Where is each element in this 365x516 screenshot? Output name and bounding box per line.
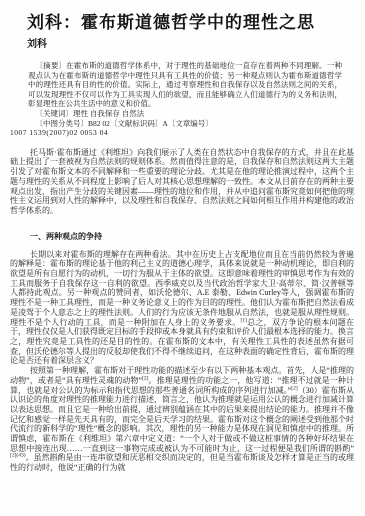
article-number: 1007 1539(2007)02 0053 04 bbox=[10, 128, 342, 138]
author-name: 刘科 bbox=[27, 39, 354, 50]
keywords-label: 〔关键词〕 bbox=[36, 109, 74, 118]
article-page: 刘科：霍布斯道德哲学中的理性之思 刘科 〔摘要〕在霍布斯的道德哲学体系中，对于理… bbox=[0, 0, 365, 516]
keywords-line: 〔关键词〕理性 自我保存 自然法 bbox=[28, 109, 342, 119]
citation-ref: [2] bbox=[142, 375, 148, 381]
abstract-label: 〔摘要〕 bbox=[36, 61, 67, 70]
keywords-text: 理性 自我保存 自然法 bbox=[73, 109, 144, 118]
body-paragraph: 长期以来对霍布斯的理解存在两种看法。其中在历史上占支配地位而且在当前仍然较为普遍… bbox=[10, 250, 354, 366]
abstract-text: 在霍布斯的道德哲学体系中，对于理性的基础地位一直存在着两种不同理解。一种观点认为… bbox=[28, 61, 342, 108]
section-heading: 一、两种观点的争持 bbox=[10, 232, 354, 242]
page-title: 刘科：霍布斯道德哲学中的理性之思 bbox=[27, 13, 354, 33]
abstract: 〔摘要〕在霍布斯的道德哲学体系中，对于理性的基础地位一直存在着两种不同理解。一种… bbox=[28, 61, 342, 109]
front-matter: 〔摘要〕在霍布斯的道德哲学体系中，对于理性的基础地位一直存在着两种不同理解。一种… bbox=[28, 61, 342, 138]
citation-ref: [2](43) bbox=[10, 453, 26, 459]
citation-ref: [2] bbox=[291, 385, 297, 391]
article-body: 托马斯·霍布斯通过《利维坦》向我们展示了人类在自然状态中自我保存的方式，并且在此… bbox=[10, 148, 354, 473]
body-paragraph: 按照第一种理解，霍布斯对于理性功能的描述至少有以下两种基本观点。首先，人是“推理… bbox=[10, 366, 354, 473]
citation-ref: [1] bbox=[241, 317, 247, 323]
body-paragraph: 托马斯·霍布斯通过《利维坦》向我们展示了人类在自然状态中自我保存的方式，并且在此… bbox=[10, 148, 354, 216]
classification-line: 〔中图分类号〕B82 02〔文献标识码〕A〔文章编号〕 bbox=[28, 119, 342, 129]
